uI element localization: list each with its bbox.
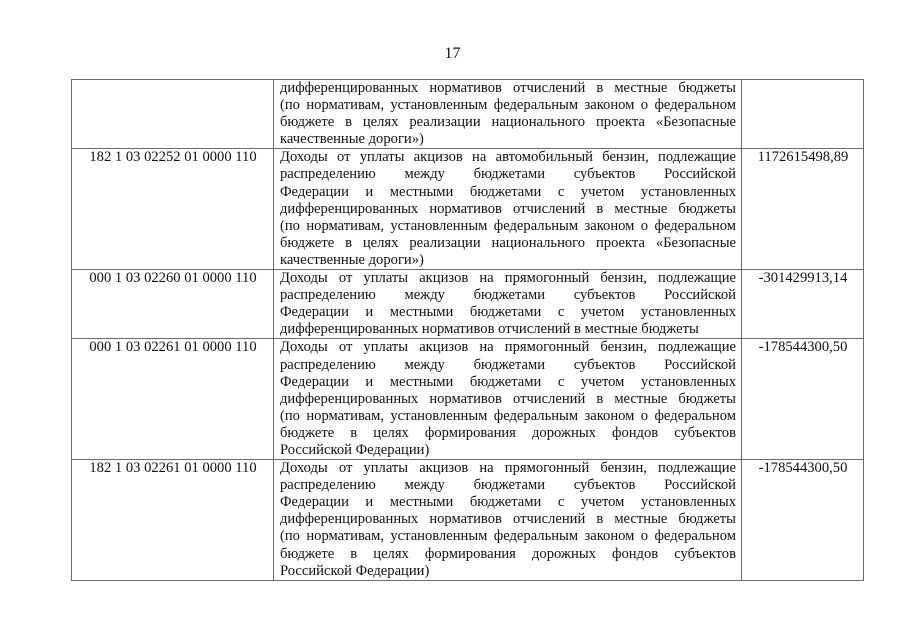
revenue-code-cell: 000 1 03 02261 01 0000 110 (72, 339, 274, 460)
table-row: 182 1 03 02252 01 0000 110Доходы от упла… (72, 149, 864, 270)
description-line: (по нормативам, установленным федеральны… (280, 218, 736, 235)
description-line: распределению между бюджетами субъектов … (280, 166, 736, 183)
description-line: Российской Федерации) (280, 442, 736, 459)
description-line: (по нормативам, установленным федеральны… (280, 528, 736, 545)
revenue-code-cell: 000 1 03 02260 01 0000 110 (72, 270, 274, 339)
table-row: дифференцированных нормативов отчислений… (72, 80, 864, 149)
page-number: 17 (0, 44, 905, 64)
amount-cell: -301429913,14 (742, 270, 864, 339)
description-line: бюджете в целях формирования дорожных фо… (280, 425, 736, 442)
amount-cell: -178544300,50 (742, 460, 864, 581)
description-line: Федерации и местными бюджетами с учетом … (280, 494, 736, 511)
revenue-description-cell: дифференцированных нормативов отчислений… (274, 80, 742, 149)
description-line: Доходы от уплаты акцизов на прямогонный … (280, 460, 736, 477)
amount-cell (742, 80, 864, 149)
description-line: Федерации и местными бюджетами с учетом … (280, 184, 736, 201)
description-line: качественные дороги») (280, 131, 736, 148)
description-line: распределению между бюджетами субъектов … (280, 357, 736, 374)
table-row: 182 1 03 02261 01 0000 110Доходы от упла… (72, 460, 864, 581)
revenue-table-body: дифференцированных нормативов отчислений… (72, 80, 864, 581)
description-line: качественные дороги») (280, 252, 736, 269)
revenue-description-cell: Доходы от уплаты акцизов на автомобильны… (274, 149, 742, 270)
revenue-description-cell: Доходы от уплаты акцизов на прямогонный … (274, 270, 742, 339)
revenue-code-cell (72, 80, 274, 149)
description-line: (по нормативам, установленным федеральны… (280, 408, 736, 425)
revenue-table: дифференцированных нормативов отчислений… (71, 79, 864, 581)
description-line: Доходы от уплаты акцизов на прямогонный … (280, 339, 736, 356)
amount-cell: 1172615498,89 (742, 149, 864, 270)
description-line: дифференцированных нормативов отчислений… (280, 80, 736, 97)
revenue-description-cell: Доходы от уплаты акцизов на прямогонный … (274, 460, 742, 581)
description-line: распределению между бюджетами субъектов … (280, 287, 736, 304)
description-line: дифференцированных нормативов отчислений… (280, 511, 736, 528)
description-line: дифференцированных нормативов отчислений… (280, 321, 736, 338)
description-line: Российской Федерации) (280, 563, 736, 580)
revenue-code-cell: 182 1 03 02261 01 0000 110 (72, 460, 274, 581)
description-line: Федерации и местными бюджетами с учетом … (280, 304, 736, 321)
description-line: бюджете в целях формирования дорожных фо… (280, 546, 736, 563)
description-line: дифференцированных нормативов отчислений… (280, 201, 736, 218)
table-row: 000 1 03 02261 01 0000 110Доходы от упла… (72, 339, 864, 460)
description-line: (по нормативам, установленным федеральны… (280, 97, 736, 114)
table-row: 000 1 03 02260 01 0000 110Доходы от упла… (72, 270, 864, 339)
revenue-description-cell: Доходы от уплаты акцизов на прямогонный … (274, 339, 742, 460)
description-line: распределению между бюджетами субъектов … (280, 477, 736, 494)
description-line: Федерации и местными бюджетами с учетом … (280, 374, 736, 391)
description-line: Доходы от уплаты акцизов на автомобильны… (280, 149, 736, 166)
description-line: Доходы от уплаты акцизов на прямогонный … (280, 270, 736, 287)
amount-cell: -178544300,50 (742, 339, 864, 460)
description-line: бюджете в целях реализации национального… (280, 114, 736, 131)
revenue-code-cell: 182 1 03 02252 01 0000 110 (72, 149, 274, 270)
description-line: бюджете в целях реализации национального… (280, 235, 736, 252)
description-line: дифференцированных нормативов отчислений… (280, 391, 736, 408)
